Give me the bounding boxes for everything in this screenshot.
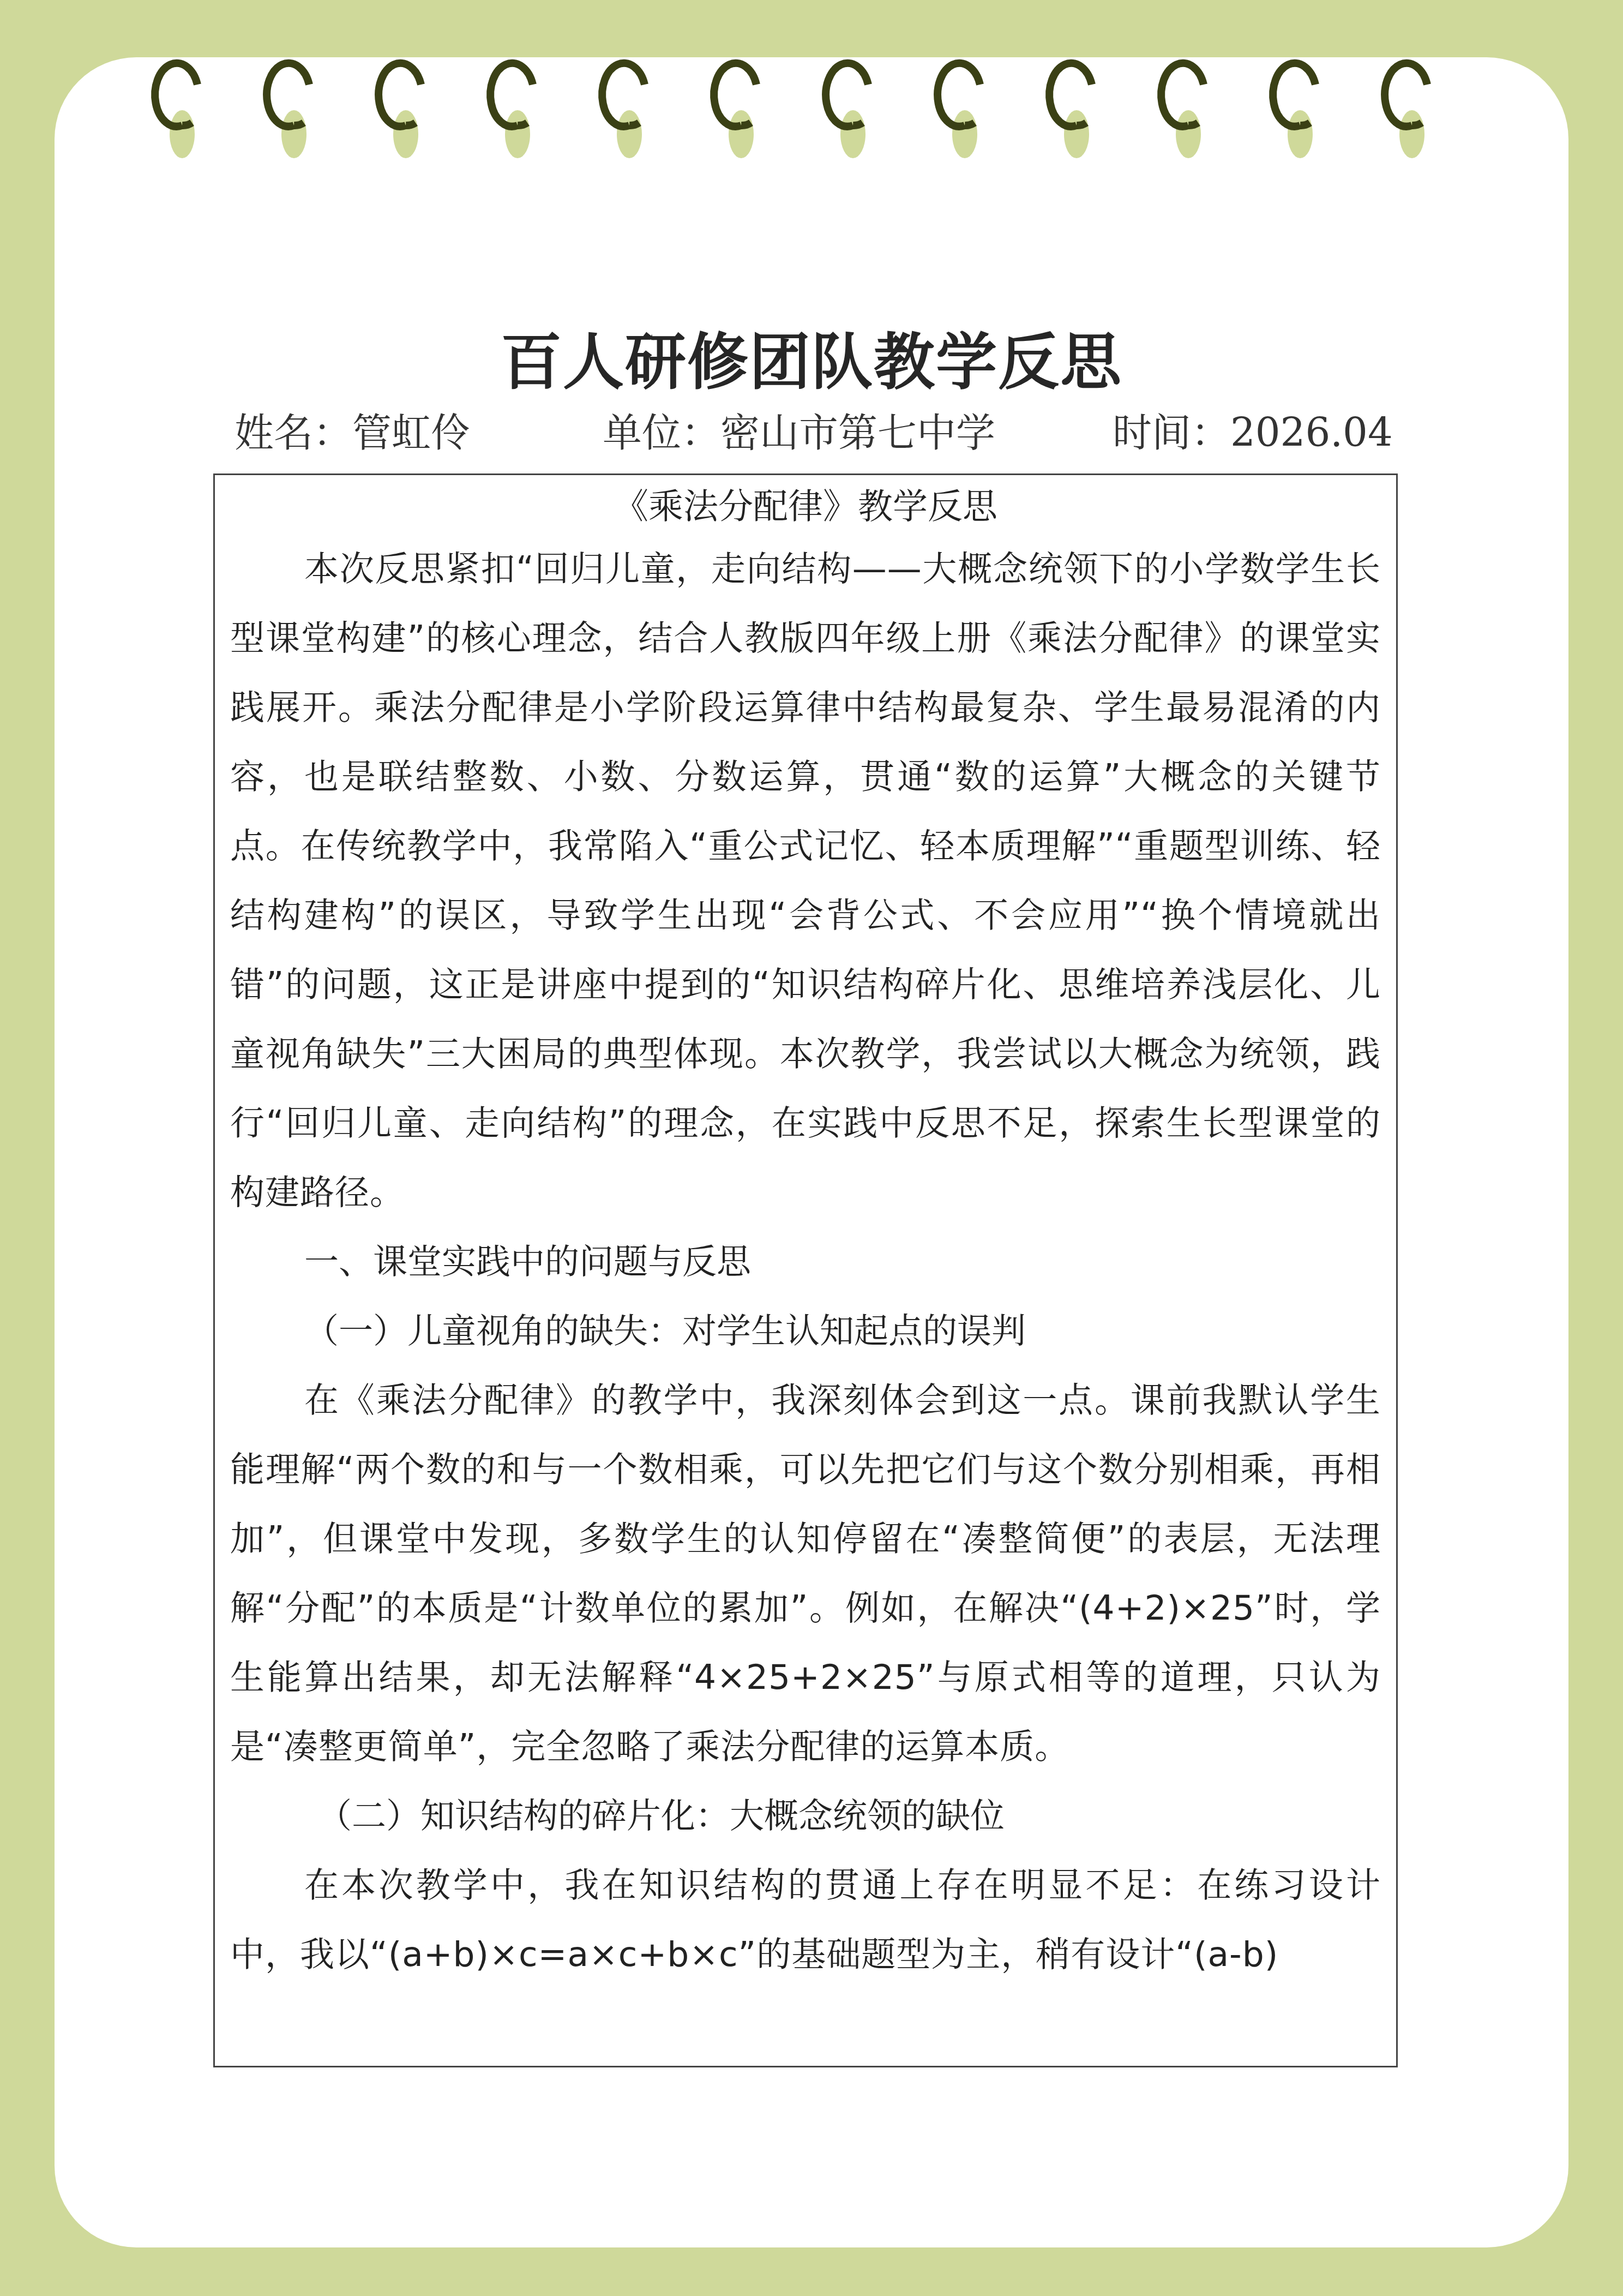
- binding-ring-icon: [366, 30, 435, 161]
- page-title: 百人研修团队教学反思: [0, 314, 1623, 401]
- binding-ring-icon: [1261, 30, 1329, 161]
- binding-ring-icon: [1149, 30, 1217, 161]
- binding-ring-icon: [255, 30, 323, 161]
- report-time: 时间：2026.04: [1113, 401, 1393, 458]
- binding-ring-icon: [925, 30, 994, 161]
- reflection-content-box: 《乘法分配律》教学反思 本次反思紧扣“回归儿童，走向结构——大概念统领下的小学数…: [213, 473, 1398, 2067]
- binding-ring-icon: [702, 30, 770, 161]
- binding-ring-icon: [1037, 30, 1105, 161]
- section-heading-1: 一、课堂实践中的问题与反思: [230, 1227, 1381, 1296]
- binding-ring-icon: [590, 30, 658, 161]
- author-name: 姓名：管虹伶: [235, 401, 470, 458]
- spiral-binding: [0, 0, 1623, 175]
- subsection-heading-2: （二）知识结构的碎片化：大概念统领的缺位: [230, 1781, 1381, 1850]
- binding-ring-icon: [478, 30, 546, 161]
- binding-ring-icon: [1373, 30, 1441, 161]
- subsection-2-paragraph: 在本次教学中，我在知识结构的贯通上存在明显不足：在练习设计中，我以“(a+b)×…: [230, 1850, 1381, 1989]
- document-heading: 《乘法分配律》教学反思: [230, 479, 1381, 534]
- author-unit: 单位：密山市第七中学: [603, 401, 995, 458]
- binding-ring-icon: [814, 30, 882, 161]
- subsection-heading-1: （一）儿童视角的缺失：对学生认知起点的误判: [230, 1296, 1381, 1365]
- author-info: 姓名：管虹伶 单位：密山市第七中学 时间：2026.04: [0, 401, 1623, 461]
- binding-ring-icon: [143, 30, 211, 161]
- subsection-1-paragraph: 在《乘法分配律》的教学中，我深刻体会到这一点。课前我默认学生能理解“两个数的和与…: [230, 1365, 1381, 1781]
- intro-paragraph: 本次反思紧扣“回归儿童，走向结构——大概念统领下的小学数学生长型课堂构建”的核心…: [230, 534, 1381, 1227]
